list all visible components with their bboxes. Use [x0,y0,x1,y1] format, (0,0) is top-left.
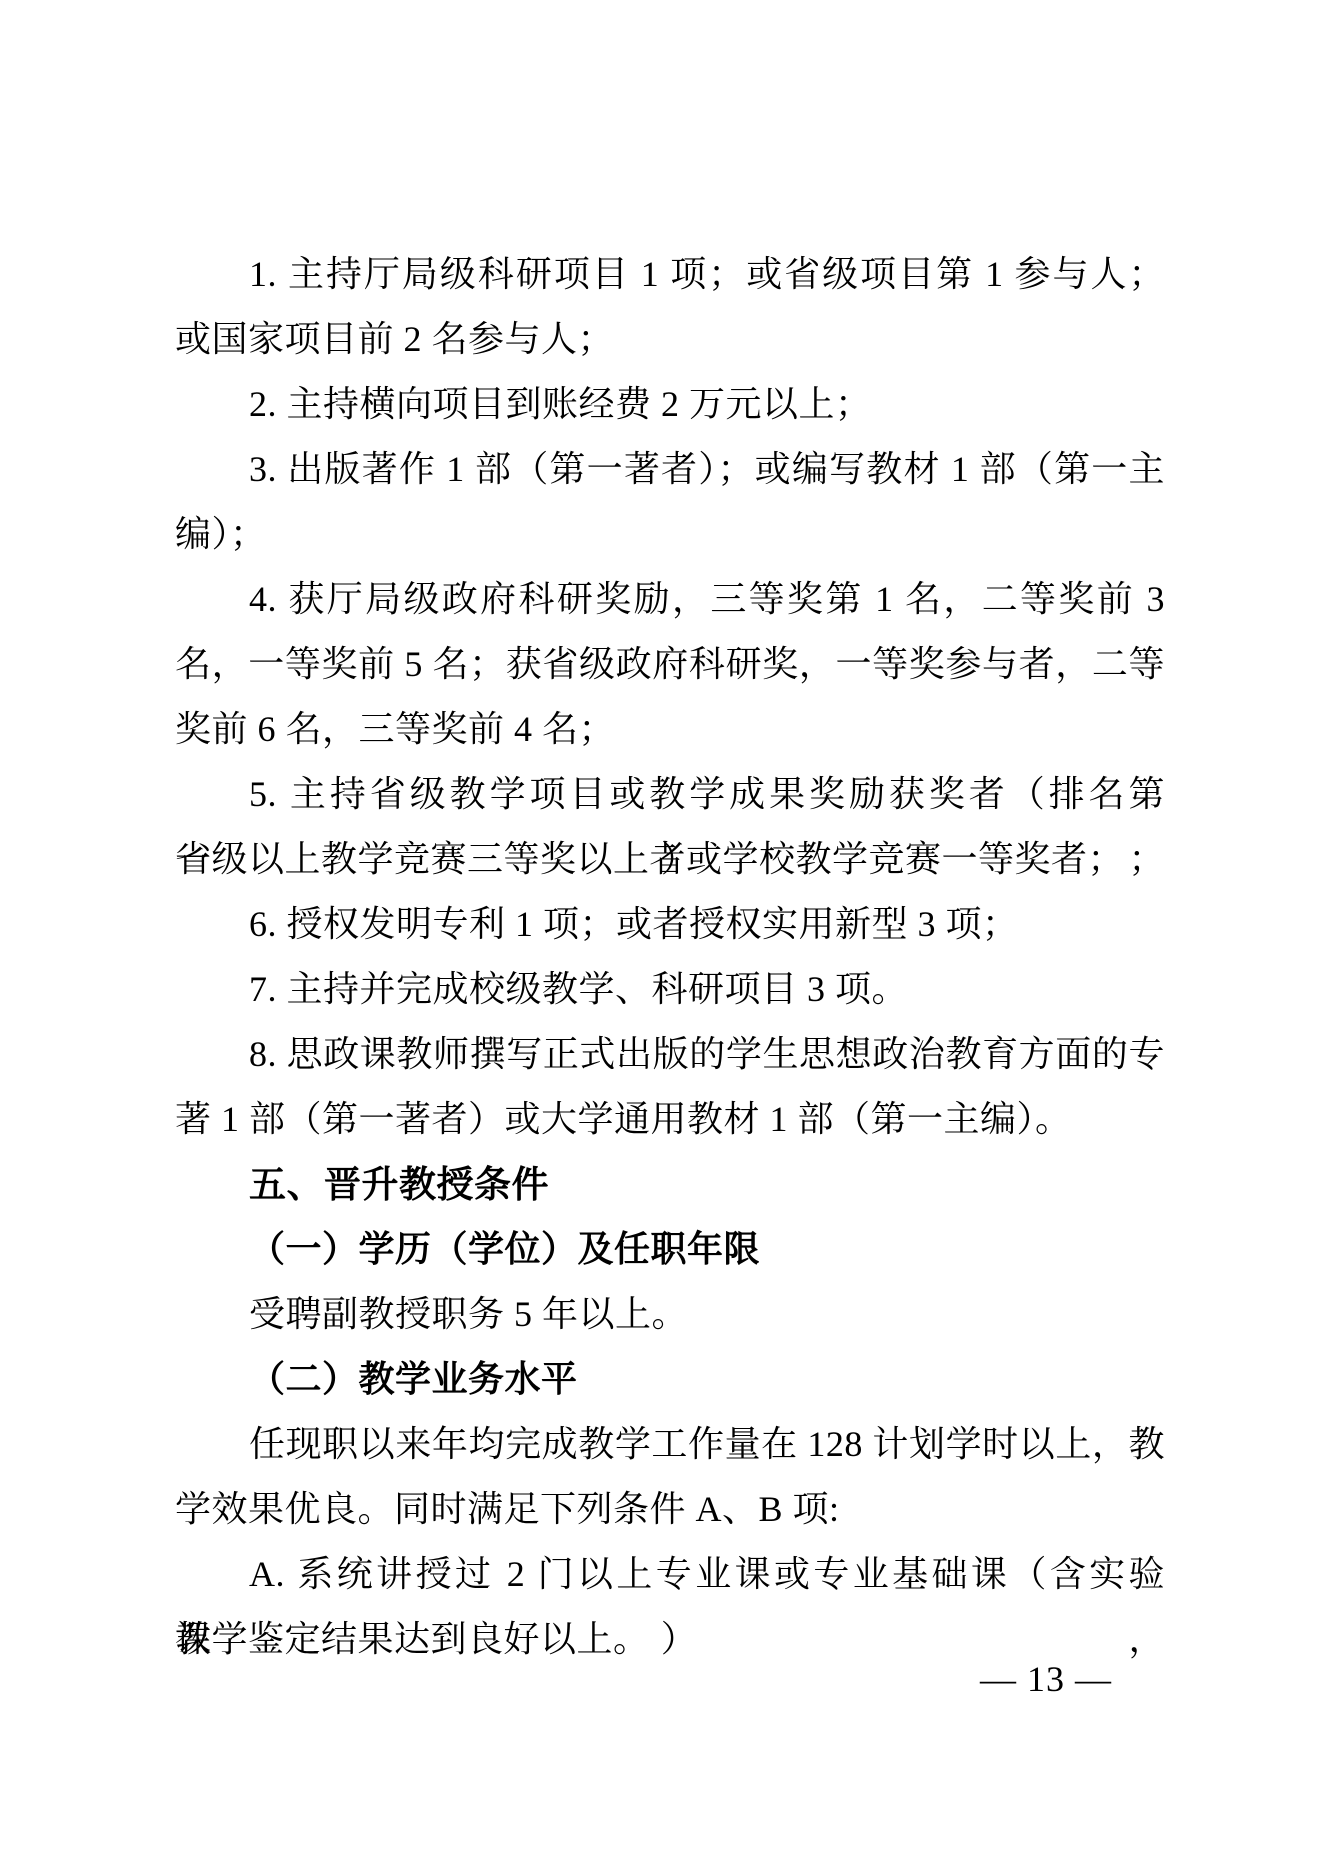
numbered-item-1-line-1: 1. 主持厅局级科研项目 1 项；或省级项目第 1 参与人； [175,242,1165,307]
subsection-1-paragraph: 受聘副教授职务 5 年以上。 [175,1282,1165,1347]
numbered-item-1-line-2: 或国家项目前 2 名参与人； [175,307,1165,372]
numbered-item-8-line-2: 著 1 部（第一著者）或大学通用教材 1 部（第一主编）。 [175,1087,1165,1152]
subsection-2-paragraph-1-line-2: 学效果优良。同时满足下列条件 A、B 项: [175,1477,1165,1542]
text-column: 1. 主持厅局级科研项目 1 项；或省级项目第 1 参与人； 或国家项目前 2 … [175,242,1165,1672]
numbered-item-3-line-2: 编）； [175,502,1165,567]
subsection-1-heading: （一）学历（学位）及任职年限 [175,1217,1165,1282]
section-5-heading: 五、晋升教授条件 [175,1152,1165,1217]
numbered-item-5-line-1: 5. 主持省级教学项目或教学成果奖励获奖者（排名第一）； [175,762,1165,827]
numbered-item-2-line-1: 2. 主持横向项目到账经费 2 万元以上； [175,372,1165,437]
numbered-item-4-line-2: 名，一等奖前 5 名；获省级政府科研奖，一等奖参与者，二等 [175,632,1165,697]
subsection-2-heading: （二）教学业务水平 [175,1347,1165,1412]
numbered-item-8-line-1: 8. 思政课教师撰写正式出版的学生思想政治教育方面的专 [175,1022,1165,1087]
numbered-item-4-line-3: 奖前 6 名，三等奖前 4 名； [175,697,1165,762]
subsection-2-paragraph-2-line-1: A. 系统讲授过 2 门以上专业课或专业基础课（含实验课）， [175,1542,1165,1607]
numbered-item-4-line-1: 4. 获厅局级政府科研奖励，三等奖第 1 名，二等奖前 3 [175,567,1165,632]
numbered-item-5-line-2: 省级以上教学竞赛三等奖以上者或学校教学竞赛一等奖者； [175,827,1165,892]
numbered-item-7-line-1: 7. 主持并完成校级教学、科研项目 3 项。 [175,957,1165,1022]
numbered-item-3-line-1: 3. 出版著作 1 部（第一著者）；或编写教材 1 部（第一主 [175,437,1165,502]
page-number: — 13 — [980,1658,1112,1700]
numbered-item-6-line-1: 6. 授权发明专利 1 项；或者授权实用新型 3 项； [175,892,1165,957]
document-page: 1. 主持厅局级科研项目 1 项；或省级项目第 1 参与人； 或国家项目前 2 … [0,0,1323,1871]
subsection-2-paragraph-1-line-1: 任现职以来年均完成教学工作量在 128 计划学时以上，教 [175,1412,1165,1477]
